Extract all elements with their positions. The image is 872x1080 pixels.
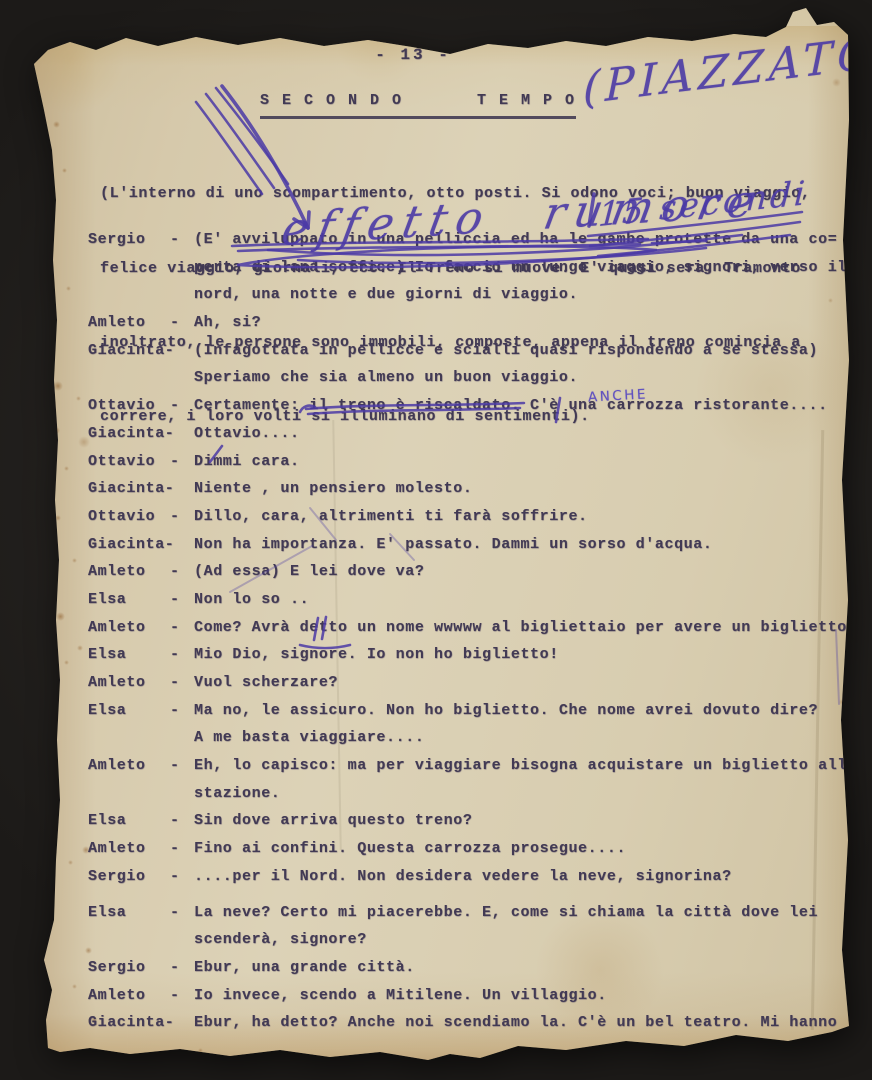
speaker-name <box>88 926 170 954</box>
dash <box>170 254 194 282</box>
speaker-name: Sergio <box>88 226 170 254</box>
dialogue-row: Giacinta-Non ha importanza. E' passato. … <box>88 531 868 559</box>
dialogue-row: Giacinta-Niente , un pensiero molesto. <box>88 475 868 503</box>
dialogue-text: A me basta viaggiare.... <box>194 724 868 752</box>
stain-spot <box>55 515 61 521</box>
dialogue-text: stazione. <box>194 780 868 808</box>
stain-spot <box>34 966 46 978</box>
dialogue-text: Ebur, una grande città. <box>194 954 868 982</box>
dash: - <box>170 899 194 927</box>
dialogue-text: Ebur, ha detto? Anche noi scendiamo la. … <box>194 1009 868 1037</box>
speaker-name: Giacinta- <box>88 475 170 503</box>
dialogue-text: Dillo, cara, altrimenti ti farà soffrire… <box>194 503 868 531</box>
dash: - <box>170 641 194 669</box>
speaker-name: Ottavio <box>88 503 170 531</box>
dialogue-text: Niente , un pensiero molesto. <box>194 475 868 503</box>
dialogue-row: Giacinta-Ottavio.... <box>88 420 868 448</box>
dash: - <box>170 614 194 642</box>
dialogue-row: Elsa-Sin dove arriva questo treno? <box>88 807 868 835</box>
dialogue-rows: Sergio-(E' avviluppato in una pelliccia … <box>88 226 868 1037</box>
dialogue-text: La neve? Certo mi piacerebbe. E, come si… <box>194 899 868 927</box>
dash: - <box>170 954 194 982</box>
speaker-name: Giacinta- <box>88 531 170 559</box>
speaker-name: Elsa <box>88 807 170 835</box>
dialogue-text: Ottavio.... <box>194 420 868 448</box>
dialogue-text: Non lo so .. <box>194 586 868 614</box>
dialogue-text: Certamente: il treno è riscaldato. C'è u… <box>194 392 868 420</box>
dialogue-row: Amleto-Vuol scherzare? <box>88 669 868 697</box>
speaker-name: Amleto <box>88 752 170 780</box>
dialogue-row: scenderà, signore? <box>88 926 868 954</box>
dialogue-row: Elsa-La neve? Certo mi piacerebbe. E, co… <box>88 899 868 927</box>
paper-sheet: - 13 - S E C O N D O T E M P O (L'intern… <box>0 0 872 1080</box>
dialogue-text: Non ha importanza. E' passato. Dammi un … <box>194 531 868 559</box>
speaker-name <box>88 780 170 808</box>
dialogue-text: Fino ai confini. Questa carrozza prosegu… <box>194 835 868 863</box>
stain-spot <box>64 660 69 665</box>
dialogue-text: perta di lana soffice) Io faccio un lung… <box>194 254 868 282</box>
stain-spot <box>53 121 60 128</box>
teal-edge-mark <box>846 526 849 568</box>
speaker-name: Amleto <box>88 558 170 586</box>
dash: - <box>170 863 194 891</box>
speaker-name: Amleto <box>88 614 170 642</box>
dialogue-text: Eh, lo capisco: ma per viaggiare bisogna… <box>194 752 868 780</box>
speaker-name: Giacinta- <box>88 337 170 365</box>
stain-spot <box>77 645 83 651</box>
speaker-name: Amleto <box>88 982 170 1010</box>
dialogue-row: Sergio-....per il Nord. Non desidera ved… <box>88 863 868 891</box>
stain-spot <box>62 168 67 173</box>
dash: - <box>170 392 194 420</box>
speaker-name: Elsa <box>88 899 170 927</box>
dash <box>170 1009 194 1037</box>
dialogue-text: Io invece, scendo a Mitilene. Un villagg… <box>194 982 868 1010</box>
dash: - <box>170 586 194 614</box>
dialogue-row: Amleto-Fino ai confini. Questa carrozza … <box>88 835 868 863</box>
title-word-tempo: T E M P O <box>477 92 576 109</box>
dialogue-text: Speriamo che sia almeno un buon viaggio. <box>194 364 868 392</box>
speaker-name: Ottavio <box>88 392 170 420</box>
dash: - <box>170 697 194 725</box>
stain-spot <box>56 612 65 621</box>
dialogue-text: ....per il Nord. Non desidera vedere la … <box>194 863 868 891</box>
stain-spot <box>53 427 60 434</box>
dialogue-text: Sin dove arriva questo treno? <box>194 807 868 835</box>
dash <box>170 364 194 392</box>
dialogue-row: Speriamo che sia almeno un buon viaggio. <box>88 364 868 392</box>
paper-stain <box>15 5 125 115</box>
speaker-name: Sergio <box>88 863 170 891</box>
dialogue-text: Vuol scherzare? <box>194 669 868 697</box>
page-title: S E C O N D O T E M P O <box>260 92 576 119</box>
speaker-name: Elsa <box>88 697 170 725</box>
stain-spot <box>66 286 71 291</box>
stain-spot <box>76 396 81 401</box>
stain-spot <box>64 466 69 471</box>
stain-spot <box>53 381 63 391</box>
speaker-name: Amleto <box>88 835 170 863</box>
speaker-name: Amleto <box>88 669 170 697</box>
dialogue-text: (Ad essa) E lei dove va? <box>194 558 868 586</box>
dash <box>170 926 194 954</box>
dialogue-text: nord, una notte e due giorni di viaggio. <box>194 281 868 309</box>
dialogue-row: Ottavio-Dillo, cara, altrimenti ti farà … <box>88 503 868 531</box>
title-word-secondo: S E C O N D O <box>260 92 403 109</box>
speaker-name <box>88 254 170 282</box>
dash: - <box>170 448 194 476</box>
dash <box>170 724 194 752</box>
stain-spot <box>72 984 77 989</box>
dash: - <box>170 835 194 863</box>
dialogue-row: Elsa-Ma no, le assicuro. Non ho bigliett… <box>88 697 868 725</box>
dialogue-text: Dimmi cara. <box>194 448 868 476</box>
dialogue-row: stazione. <box>88 780 868 808</box>
speaker-name: Giacinta- <box>88 420 170 448</box>
dash <box>170 475 194 503</box>
speaker-name: Amleto <box>88 309 170 337</box>
dialogue-text: scenderà, signore? <box>194 926 868 954</box>
speaker-name <box>88 281 170 309</box>
dash: - <box>170 503 194 531</box>
paper-stain <box>335 0 425 85</box>
scanned-script-page: { "colors": { "typewriter_ink": "#423a54… <box>0 0 872 1080</box>
dash: - <box>170 807 194 835</box>
speaker-name: Ottavio <box>88 448 170 476</box>
handwritten-anche-insertion: ANCHE <box>588 386 649 405</box>
speaker-name: Giacinta- <box>88 1009 170 1037</box>
dialogue-row: Ottavio-Dimmi cara. <box>88 448 868 476</box>
stain-spot <box>72 558 77 563</box>
dialogue-row: Amleto-Eh, lo capisco: ma per viaggiare … <box>88 752 868 780</box>
page-sheet-wrapper: - 13 - S E C O N D O T E M P O (L'intern… <box>0 0 872 1080</box>
dialogue-text: Ah, si? <box>194 309 868 337</box>
dialogue-row: A me basta viaggiare.... <box>88 724 868 752</box>
dash: - <box>170 669 194 697</box>
dialogue-row: Ottavio-Certamente: il treno è riscaldat… <box>88 392 868 420</box>
dash: - <box>170 309 194 337</box>
speaker-name <box>88 364 170 392</box>
dash: - <box>170 982 194 1010</box>
page-number: - 13 - <box>348 46 478 64</box>
stain-spot <box>54 698 59 703</box>
dialogue-row: nord, una notte e due giorni di viaggio. <box>88 281 868 309</box>
dash <box>170 337 194 365</box>
dash: - <box>170 558 194 586</box>
dash: - <box>170 226 194 254</box>
dash <box>170 420 194 448</box>
dialogue-text: Ma no, le assicuro. Non ho biglietto. Ch… <box>194 697 868 725</box>
dash: - <box>170 752 194 780</box>
dash <box>170 281 194 309</box>
dash <box>170 780 194 808</box>
paper-left-edge-tint <box>24 36 96 1080</box>
dialogue-text: (Infagottata in pellicce e scialli quasi… <box>194 337 868 365</box>
stain-spot <box>46 202 54 210</box>
dialogue-text: Mio Dio, signore. Io non ho biglietto! <box>194 641 868 669</box>
dialogue-row: Amleto-(Ad essa) E lei dove va? <box>88 558 868 586</box>
dialogue-row: Elsa-Non lo so .. <box>88 586 868 614</box>
dialogue-row: Elsa-Mio Dio, signore. Io non ho bigliet… <box>88 641 868 669</box>
dash <box>170 531 194 559</box>
stain-spot <box>68 860 73 865</box>
dialogue-text: Come? Avrà detto un nome wwwww al biglie… <box>194 614 868 642</box>
dialogue-row: Amleto-Ah, si? <box>88 309 868 337</box>
dialogue-row: Amleto-Io invece, scendo a Mitilene. Un … <box>88 982 868 1010</box>
speaker-name: Elsa <box>88 586 170 614</box>
stain-spot <box>198 1048 203 1053</box>
dialogue-row: Giacinta-Ebur, ha detto? Anche noi scend… <box>88 1009 868 1037</box>
speaker-name: Elsa <box>88 641 170 669</box>
speaker-name <box>88 724 170 752</box>
dialogue-row: Sergio-Ebur, una grande città. <box>88 954 868 982</box>
speaker-name: Sergio <box>88 954 170 982</box>
dialogue-row: perta di lana soffice) Io faccio un lung… <box>88 254 868 282</box>
dialogue-row: Giacinta-(Infagottata in pellicce e scia… <box>88 337 868 365</box>
dialogue-row: Amleto-Come? Avrà detto un nome wwwww al… <box>88 614 868 642</box>
